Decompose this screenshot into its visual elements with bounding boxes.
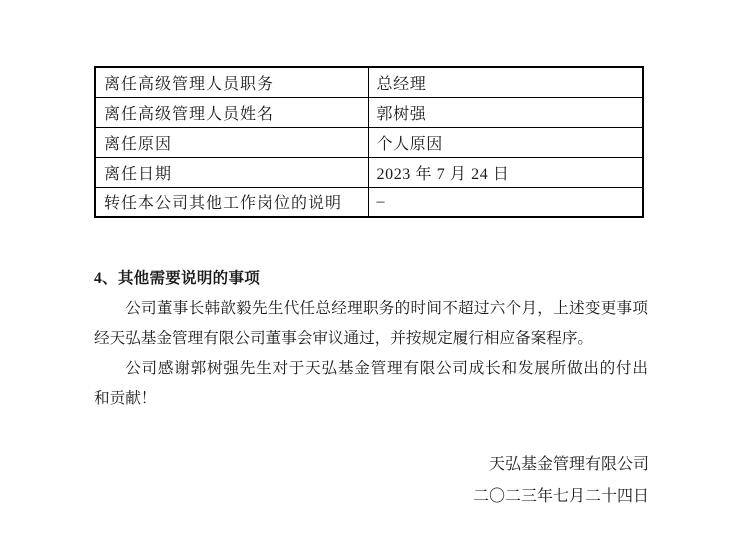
paragraph-line: 经天弘基金管理有限公司董事会审议通过，并按规定履行相应备案程序。 — [94, 324, 648, 354]
document-page: 离任高级管理人员职务 总经理 离任高级管理人员姓名 郭树强 离任原因 个人原因 … — [0, 0, 747, 543]
section-body: 公司董事长韩歆毅先生代任总经理职务的时间不超过六个月，上述变更事项 经天弘基金管… — [94, 294, 648, 414]
row-label-cell: 离任高级管理人员姓名 — [95, 97, 368, 127]
row-label-cell: 离任高级管理人员职务 — [95, 67, 368, 97]
row-value-cell: 个人原因 — [368, 127, 643, 157]
row-label-cell: 离任原因 — [95, 127, 368, 157]
signature-block: 天弘基金管理有限公司 二〇二三年七月二十四日 — [473, 449, 649, 513]
row-value-cell: 2023 年 7 月 24 日 — [368, 157, 643, 187]
paragraph-line: 和贡献！ — [94, 384, 648, 414]
signature-date: 二〇二三年七月二十四日 — [473, 481, 649, 513]
table-row: 离任原因 个人原因 — [95, 127, 643, 157]
table-row: 转任本公司其他工作岗位的说明 – — [95, 187, 643, 217]
row-label-cell: 转任本公司其他工作岗位的说明 — [95, 187, 368, 217]
departure-info-table: 离任高级管理人员职务 总经理 离任高级管理人员姓名 郭树强 离任原因 个人原因 … — [94, 66, 644, 218]
paragraph-line: 公司感谢郭树强先生对于天弘基金管理有限公司成长和发展所做出的付出 — [94, 354, 648, 384]
paragraph-line: 公司董事长韩歆毅先生代任总经理职务的时间不超过六个月，上述变更事项 — [94, 294, 648, 324]
paragraph: 公司感谢郭树强先生对于天弘基金管理有限公司成长和发展所做出的付出 和贡献！ — [94, 354, 648, 414]
row-value-cell: 郭树强 — [368, 97, 643, 127]
table-row: 离任高级管理人员姓名 郭树强 — [95, 97, 643, 127]
paragraph: 公司董事长韩歆毅先生代任总经理职务的时间不超过六个月，上述变更事项 经天弘基金管… — [94, 294, 648, 354]
section-heading: 4、其他需要说明的事项 — [94, 266, 260, 288]
signature-company: 天弘基金管理有限公司 — [473, 449, 649, 481]
row-value-cell: 总经理 — [368, 67, 643, 97]
table-row: 离任高级管理人员职务 总经理 — [95, 67, 643, 97]
row-value-cell: – — [368, 187, 643, 217]
row-label-cell: 离任日期 — [95, 157, 368, 187]
table-row: 离任日期 2023 年 7 月 24 日 — [95, 157, 643, 187]
